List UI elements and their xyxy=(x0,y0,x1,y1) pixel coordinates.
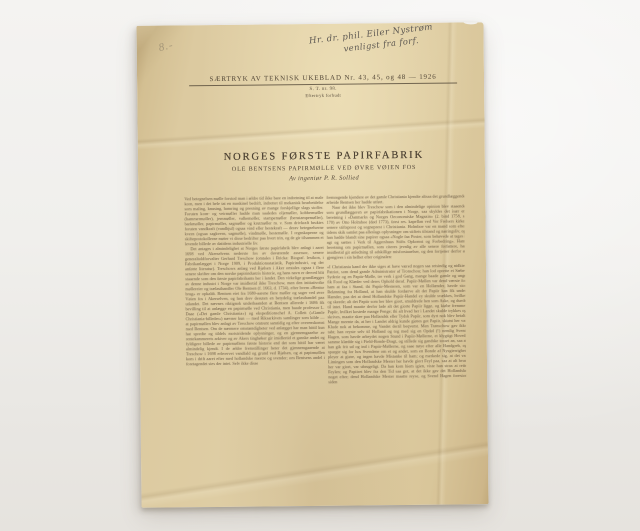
article-byline: Av ingeniør P. R. Sollied xyxy=(178,173,470,183)
paragraph: Naar det ikke blev Treschow som i den al… xyxy=(326,203,466,259)
quoted-passage: «I Christiania kand der ikke siges at ha… xyxy=(327,263,467,384)
text-column-right: fremragende kjendere av det gamle Christ… xyxy=(326,193,466,430)
text-column-right-content: fremragende kjendere av det gamle Christ… xyxy=(326,193,466,384)
paper-sheet: 8.- Hr. dr. phil. Eiler Nystrøm venligst… xyxy=(136,22,488,508)
torn-edge-nick xyxy=(463,22,477,24)
pencil-price-note: 8.- xyxy=(158,39,175,54)
text-column-left: Ved betegnelsen mølle forstod man i ældr… xyxy=(184,195,326,449)
paragraph: Ved betegnelsen mølle forstod man i ældr… xyxy=(184,195,324,246)
handwritten-dedication: Hr. dr. phil. Eiler Nystrøm venligst fra… xyxy=(286,22,457,60)
text-column-left-content: Ved betegnelsen mølle forstod man i ældr… xyxy=(184,195,325,366)
photo-background: 8.- Hr. dr. phil. Eiler Nystrøm venligst… xyxy=(0,0,640,531)
article-title: NORGES FØRSTE PAPIRFABRIK xyxy=(178,149,470,163)
paragraph: Det antages i almindelighet at Norges fø… xyxy=(185,245,325,366)
article-title-block: NORGES FØRSTE PAPIRFABRIK OLE BENTSENS P… xyxy=(178,149,470,183)
article-subtitle: OLE BENTSENS PAPIRMØLLE VED ØVRE VØIEN F… xyxy=(178,163,470,173)
masthead: SÆRTRYK AV TEKNISK UKEBLAD Nr. 43, 45, o… xyxy=(183,72,463,99)
